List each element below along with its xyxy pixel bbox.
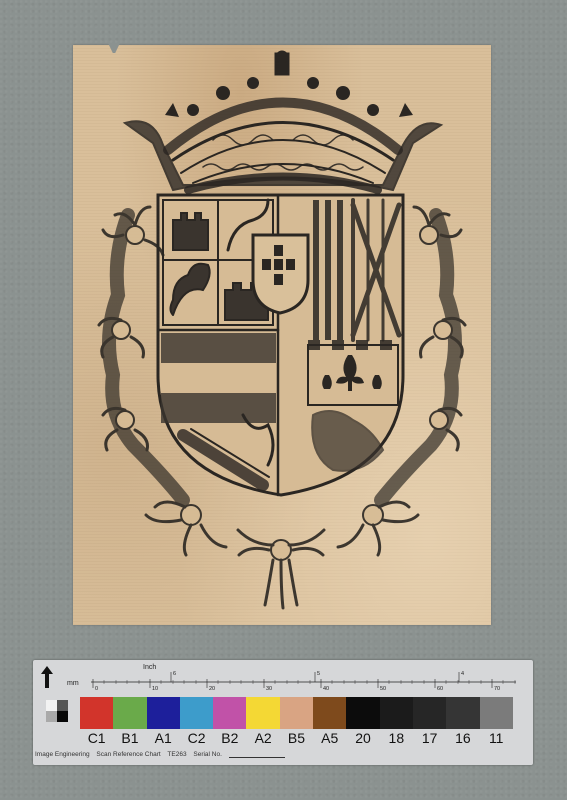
gray-patch-mid (46, 711, 57, 722)
swatch-label: 16 (446, 730, 479, 746)
svg-text:40: 40 (323, 686, 329, 692)
svg-text:30: 30 (266, 686, 272, 692)
chart-title: Scan Reference Chart (96, 751, 160, 758)
svg-text:70: 70 (494, 686, 500, 692)
swatch-label: C2 (180, 730, 213, 746)
swatch-a5 (313, 697, 346, 729)
color-swatches (80, 697, 513, 729)
swatch-17 (413, 697, 446, 729)
portugal-inescutcheon-icon (253, 235, 308, 313)
swatch-b1 (113, 697, 146, 729)
swatch-11 (480, 697, 513, 729)
swatch-b2 (213, 697, 246, 729)
serial-label: Serial No. (193, 751, 222, 758)
chart-footer: Image Engineering Scan Reference Chart T… (35, 751, 290, 758)
swatch-label: A2 (246, 730, 279, 746)
swatch-labels: C1 B1 A1 C2 B2 A2 B5 A5 20 18 17 16 11 (80, 730, 513, 746)
gray-patches (46, 700, 68, 722)
coat-of-arms-woodcut (73, 45, 491, 625)
scan-reference-chart: mm Inch 0 10 20 30 40 50 60 (33, 660, 533, 765)
svg-text:0: 0 (95, 686, 98, 692)
svg-text:20: 20 (209, 686, 215, 692)
swatch-20 (346, 697, 379, 729)
historical-print-paper (73, 45, 491, 625)
svg-text:50: 50 (380, 686, 386, 692)
svg-text:6: 6 (173, 671, 176, 677)
swatch-label: 17 (413, 730, 446, 746)
swatch-label: 18 (380, 730, 413, 746)
swatch-label: A1 (147, 730, 180, 746)
swatch-label: 20 (346, 730, 379, 746)
swatch-18 (380, 697, 413, 729)
swatch-label: C1 (80, 730, 113, 746)
swatch-label: A5 (313, 730, 346, 746)
swatch-16 (446, 697, 479, 729)
swatch-a2 (246, 697, 279, 729)
svg-text:10: 10 (152, 686, 158, 692)
crown-icon (125, 51, 441, 190)
ruler-scale: 0 10 20 30 40 50 60 70 6 5 4 (91, 668, 531, 692)
swatch-c2 (180, 697, 213, 729)
ruler-mm-label: mm (67, 680, 79, 687)
swatch-label: B2 (213, 730, 246, 746)
svg-text:60: 60 (437, 686, 443, 692)
swatch-b5 (280, 697, 313, 729)
swatch-a1 (147, 697, 180, 729)
gray-patch-black (57, 711, 68, 722)
swatch-c1 (80, 697, 113, 729)
gray-patch-dark (57, 700, 68, 711)
svg-text:4: 4 (461, 671, 464, 677)
serial-number-line (229, 757, 285, 758)
swatch-label: B5 (280, 730, 313, 746)
chart-model: TE263 (167, 751, 186, 758)
up-arrow-icon (41, 666, 53, 688)
chart-brand: Image Engineering (35, 751, 90, 758)
swatch-label: B1 (113, 730, 146, 746)
svg-text:5: 5 (317, 671, 320, 677)
swatch-label: 11 (480, 730, 513, 746)
gray-patch-white (46, 700, 57, 711)
